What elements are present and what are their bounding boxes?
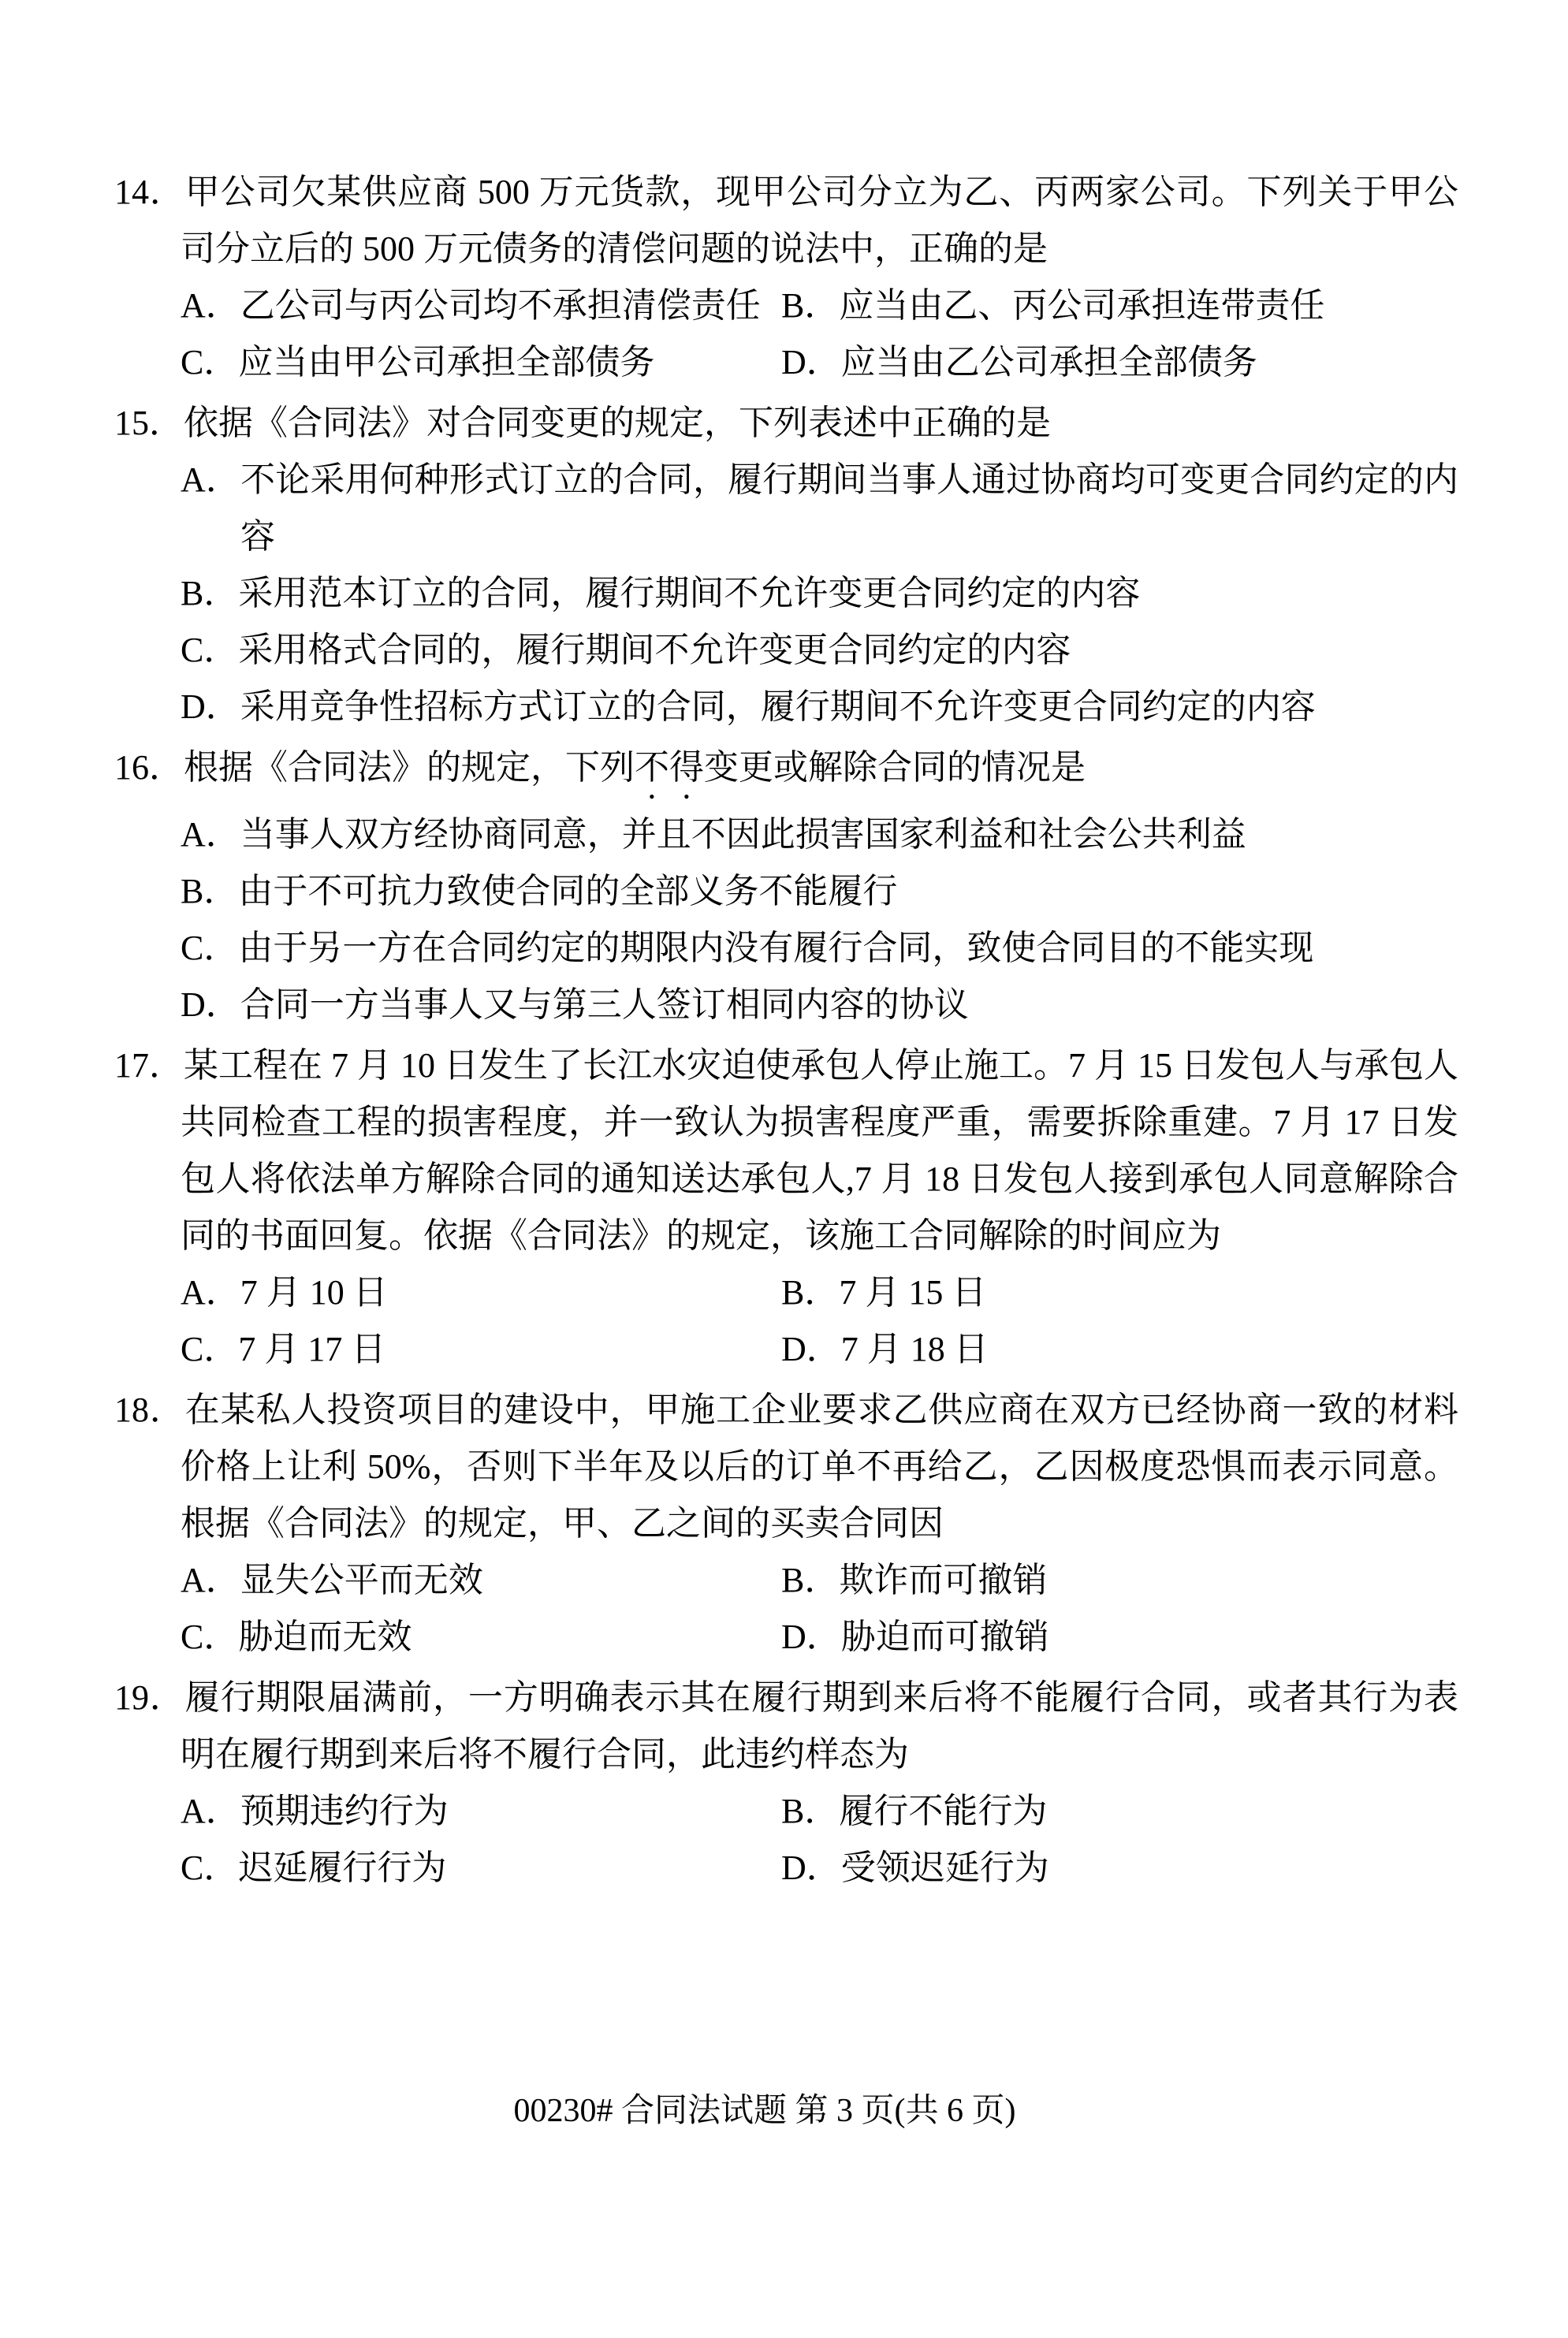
option-16-b: B．由于不可抗力致使合同的全部义务不能履行: [181, 863, 1458, 920]
option-14-a: A．乙公司与丙公司均不承担清偿责任: [181, 277, 781, 334]
question-17: 17．某工程在 7 月 10 日发生了长江水灾迫使承包人停止施工。7 月 15 …: [114, 1037, 1458, 1378]
option-label: C．: [181, 929, 238, 967]
option-text: 乙公司与丙公司均不承担清偿责任: [240, 286, 761, 325]
option-label: C．: [181, 343, 238, 382]
question-16-stem-text: 变更或解除合同的情况是: [704, 748, 1086, 787]
option-label: A．: [181, 1792, 240, 1830]
option-label: C．: [181, 1848, 238, 1887]
option-text: 胁迫而可撤销: [841, 1618, 1049, 1656]
exam-body: 14．甲公司欠某供应商 500 万元货款，现甲公司分立为乙、丙两家公司。下列关于…: [114, 164, 1458, 1901]
option-text: 应当由乙、丙公司承担连带责任: [839, 286, 1324, 325]
question-19-options: A．预期违约行为 B．履行不能行为 C．迟延履行行为 D．受领迟延行为: [114, 1783, 1458, 1897]
question-19-number: 19．: [114, 1678, 185, 1717]
question-15-number: 15．: [114, 404, 184, 442]
option-row: A．乙公司与丙公司均不承担清偿责任 B．应当由乙、丙公司承担连带责任: [181, 277, 1458, 334]
option-row: A．显失公平而无效 B．欺诈而可撤销: [181, 1552, 1458, 1609]
option-text: 7 月 15 日: [839, 1273, 986, 1312]
option-text: 迟延履行行为: [238, 1848, 446, 1887]
option-text: 7 月 17 日: [238, 1330, 385, 1368]
option-14-d: D．应当由乙公司承担全部债务: [781, 334, 1257, 391]
question-15-stem: 15．依据《合同法》对合同变更的规定，下列表述中正确的是: [114, 395, 1458, 452]
option-label: B．: [181, 872, 238, 910]
option-text: 采用竞争性招标方式订立的合同，履行期间不允许变更合同约定的内容: [240, 687, 1316, 726]
option-label: D．: [781, 1848, 841, 1887]
option-label: B．: [781, 1792, 839, 1830]
option-18-c: C．胁迫而无效: [181, 1609, 781, 1666]
option-label: B．: [781, 286, 839, 325]
option-label: D．: [781, 1618, 841, 1656]
question-16-options: A．当事人双方经协商同意，并且不因此损害国家利益和社会公共利益 B．由于不可抗力…: [114, 806, 1458, 1033]
option-row: A．7 月 10 日 B．7 月 15 日: [181, 1264, 1458, 1321]
question-16: 16．根据《合同法》的规定，下列不得变更或解除合同的情况是 A．当事人双方经协商…: [114, 739, 1458, 1033]
option-text: 胁迫而无效: [238, 1618, 412, 1656]
question-18-options: A．显失公平而无效 B．欺诈而可撤销 C．胁迫而无效 D．胁迫而可撤销: [114, 1552, 1458, 1666]
option-label: D．: [181, 985, 240, 1024]
option-text: 合同一方当事人又与第三人签订相同内容的协议: [240, 985, 969, 1024]
option-16-d: D．合同一方当事人又与第三人签订相同内容的协议: [181, 977, 1458, 1033]
question-18: 18．在某私人投资项目的建设中，甲施工企业要求乙供应商在双方已经协商一致的材料价…: [114, 1382, 1458, 1666]
option-label: C．: [181, 1330, 238, 1368]
exam-page: 14．甲公司欠某供应商 500 万元货款，现甲公司分立为乙、丙两家公司。下列关于…: [0, 0, 1568, 2338]
option-label: C．: [181, 631, 238, 669]
option-label: A．: [181, 1273, 240, 1312]
question-14-stem: 14．甲公司欠某供应商 500 万元货款，现甲公司分立为乙、丙两家公司。下列关于…: [114, 164, 1458, 277]
option-row: C．7 月 17 日 D．7 月 18 日: [181, 1321, 1458, 1378]
option-19-d: D．受领迟延行为: [781, 1840, 1049, 1897]
option-label: A．: [181, 460, 240, 499]
page-footer: 00230# 合同法试题 第 3 页(共 6 页): [0, 2087, 1529, 2135]
question-17-stem: 17．某工程在 7 月 10 日发生了长江水灾迫使承包人停止施工。7 月 15 …: [114, 1037, 1458, 1264]
option-17-c: C．7 月 17 日: [181, 1321, 781, 1378]
option-row: C．胁迫而无效 D．胁迫而可撤销: [181, 1609, 1458, 1666]
option-text: 应当由甲公司承担全部债务: [238, 343, 654, 382]
option-17-d: D．7 月 18 日: [781, 1321, 989, 1378]
question-18-stem: 18．在某私人投资项目的建设中，甲施工企业要求乙供应商在双方已经协商一致的材料价…: [114, 1382, 1458, 1552]
option-label: A．: [181, 815, 240, 854]
question-18-number: 18．: [114, 1391, 185, 1429]
option-label: C．: [181, 1618, 238, 1656]
question-19: 19．履行期限届满前，一方明确表示其在履行期到来后将不能履行合同，或者其行为表明…: [114, 1670, 1458, 1897]
option-19-c: C．迟延履行行为: [181, 1840, 781, 1897]
question-19-stem-text: 履行期限届满前，一方明确表示其在履行期到来后将不能履行合同，或者其行为表明在履行…: [181, 1678, 1458, 1774]
option-label: D．: [781, 343, 841, 382]
question-16-stem: 16．根据《合同法》的规定，下列不得变更或解除合同的情况是: [114, 739, 1458, 806]
option-19-b: B．履行不能行为: [781, 1783, 1047, 1840]
question-17-number: 17．: [114, 1046, 184, 1085]
option-text: 由于不可抗力致使合同的全部义务不能履行: [238, 872, 897, 910]
question-14-stem-text: 甲公司欠某供应商 500 万元货款，现甲公司分立为乙、丙两家公司。下列关于甲公司…: [181, 173, 1458, 268]
option-label: D．: [181, 687, 240, 726]
question-14-options: A．乙公司与丙公司均不承担清偿责任 B．应当由乙、丙公司承担连带责任 C．应当由…: [114, 277, 1458, 391]
option-15-c: C．采用格式合同的，履行期间不允许变更合同约定的内容: [181, 622, 1458, 679]
option-text: 采用范本订立的合同，履行期间不允许变更合同约定的内容: [238, 574, 1140, 612]
question-17-options: A．7 月 10 日 B．7 月 15 日 C．7 月 17 日 D．7 月 1…: [114, 1264, 1458, 1378]
option-17-b: B．7 月 15 日: [781, 1264, 986, 1321]
option-label: B．: [781, 1273, 839, 1312]
option-row: C．应当由甲公司承担全部债务 D．应当由乙公司承担全部债务: [181, 334, 1458, 391]
option-14-c: C．应当由甲公司承担全部债务: [181, 334, 781, 391]
option-text: 预期违约行为: [240, 1792, 449, 1830]
question-19-stem: 19．履行期限届满前，一方明确表示其在履行期到来后将不能履行合同，或者其行为表明…: [114, 1670, 1458, 1783]
option-text: 受领迟延行为: [841, 1848, 1049, 1887]
option-text: 7 月 18 日: [841, 1330, 989, 1368]
option-text: 采用格式合同的，履行期间不允许变更合同约定的内容: [238, 631, 1071, 669]
option-text: 7 月 10 日: [240, 1273, 388, 1312]
option-label: A．: [181, 286, 240, 325]
question-18-stem-text: 在某私人投资项目的建设中，甲施工企业要求乙供应商在双方已经协商一致的材料价格上让…: [181, 1391, 1458, 1543]
option-15-a: A．不论采用何种形式订立的合同，履行期间当事人通过协商均可变更合同约定的内容: [181, 452, 1458, 565]
option-label: B．: [781, 1561, 839, 1599]
question-14: 14．甲公司欠某供应商 500 万元货款，现甲公司分立为乙、丙两家公司。下列关于…: [114, 164, 1458, 391]
option-label: D．: [781, 1330, 841, 1368]
option-18-a: A．显失公平而无效: [181, 1552, 781, 1609]
option-18-b: B．欺诈而可撤销: [781, 1552, 1047, 1609]
option-15-d: D．采用竞争性招标方式订立的合同，履行期间不允许变更合同约定的内容: [181, 679, 1458, 735]
option-text: 不论采用何种形式订立的合同，履行期间当事人通过协商均可变更合同约定的内容: [240, 460, 1458, 556]
option-label: A．: [181, 1561, 240, 1599]
option-17-a: A．7 月 10 日: [181, 1264, 781, 1321]
question-15-stem-text: 依据《合同法》对合同变更的规定，下列表述中正确的是: [184, 404, 1051, 442]
option-14-b: B．应当由乙、丙公司承担连带责任: [781, 277, 1324, 334]
option-text: 履行不能行为: [839, 1792, 1047, 1830]
option-text: 欺诈而可撤销: [839, 1561, 1047, 1599]
option-text: 由于另一方在合同约定的期限内没有履行合同，致使合同目的不能实现: [238, 929, 1313, 967]
option-18-d: D．胁迫而可撤销: [781, 1609, 1049, 1666]
option-19-a: A．预期违约行为: [181, 1783, 781, 1840]
option-16-a: A．当事人双方经协商同意，并且不因此损害国家利益和社会公共利益: [181, 806, 1458, 863]
option-row: A．预期违约行为 B．履行不能行为: [181, 1783, 1458, 1840]
option-text: 显失公平而无效: [240, 1561, 483, 1599]
question-14-number: 14．: [114, 173, 185, 211]
option-15-b: B．采用范本订立的合同，履行期间不允许变更合同约定的内容: [181, 565, 1458, 622]
question-16-emphasized-text: 不得: [635, 748, 704, 787]
option-label: B．: [181, 574, 238, 612]
option-text: 当事人双方经协商同意，并且不因此损害国家利益和社会公共利益: [240, 815, 1246, 854]
option-text: 应当由乙公司承担全部债务: [841, 343, 1257, 382]
option-row: C．迟延履行行为 D．受领迟延行为: [181, 1840, 1458, 1897]
question-15: 15．依据《合同法》对合同变更的规定，下列表述中正确的是 A．不论采用何种形式订…: [114, 395, 1458, 735]
question-16-number: 16．: [114, 748, 184, 787]
question-17-stem-text: 某工程在 7 月 10 日发生了长江水灾迫使承包人停止施工。7 月 15 日发包…: [181, 1046, 1458, 1255]
question-15-options: A．不论采用何种形式订立的合同，履行期间当事人通过协商均可变更合同约定的内容 B…: [114, 452, 1458, 735]
question-16-stem-text: 根据《合同法》的规定，下列: [184, 748, 635, 787]
option-16-c: C．由于另一方在合同约定的期限内没有履行合同，致使合同目的不能实现: [181, 920, 1458, 977]
